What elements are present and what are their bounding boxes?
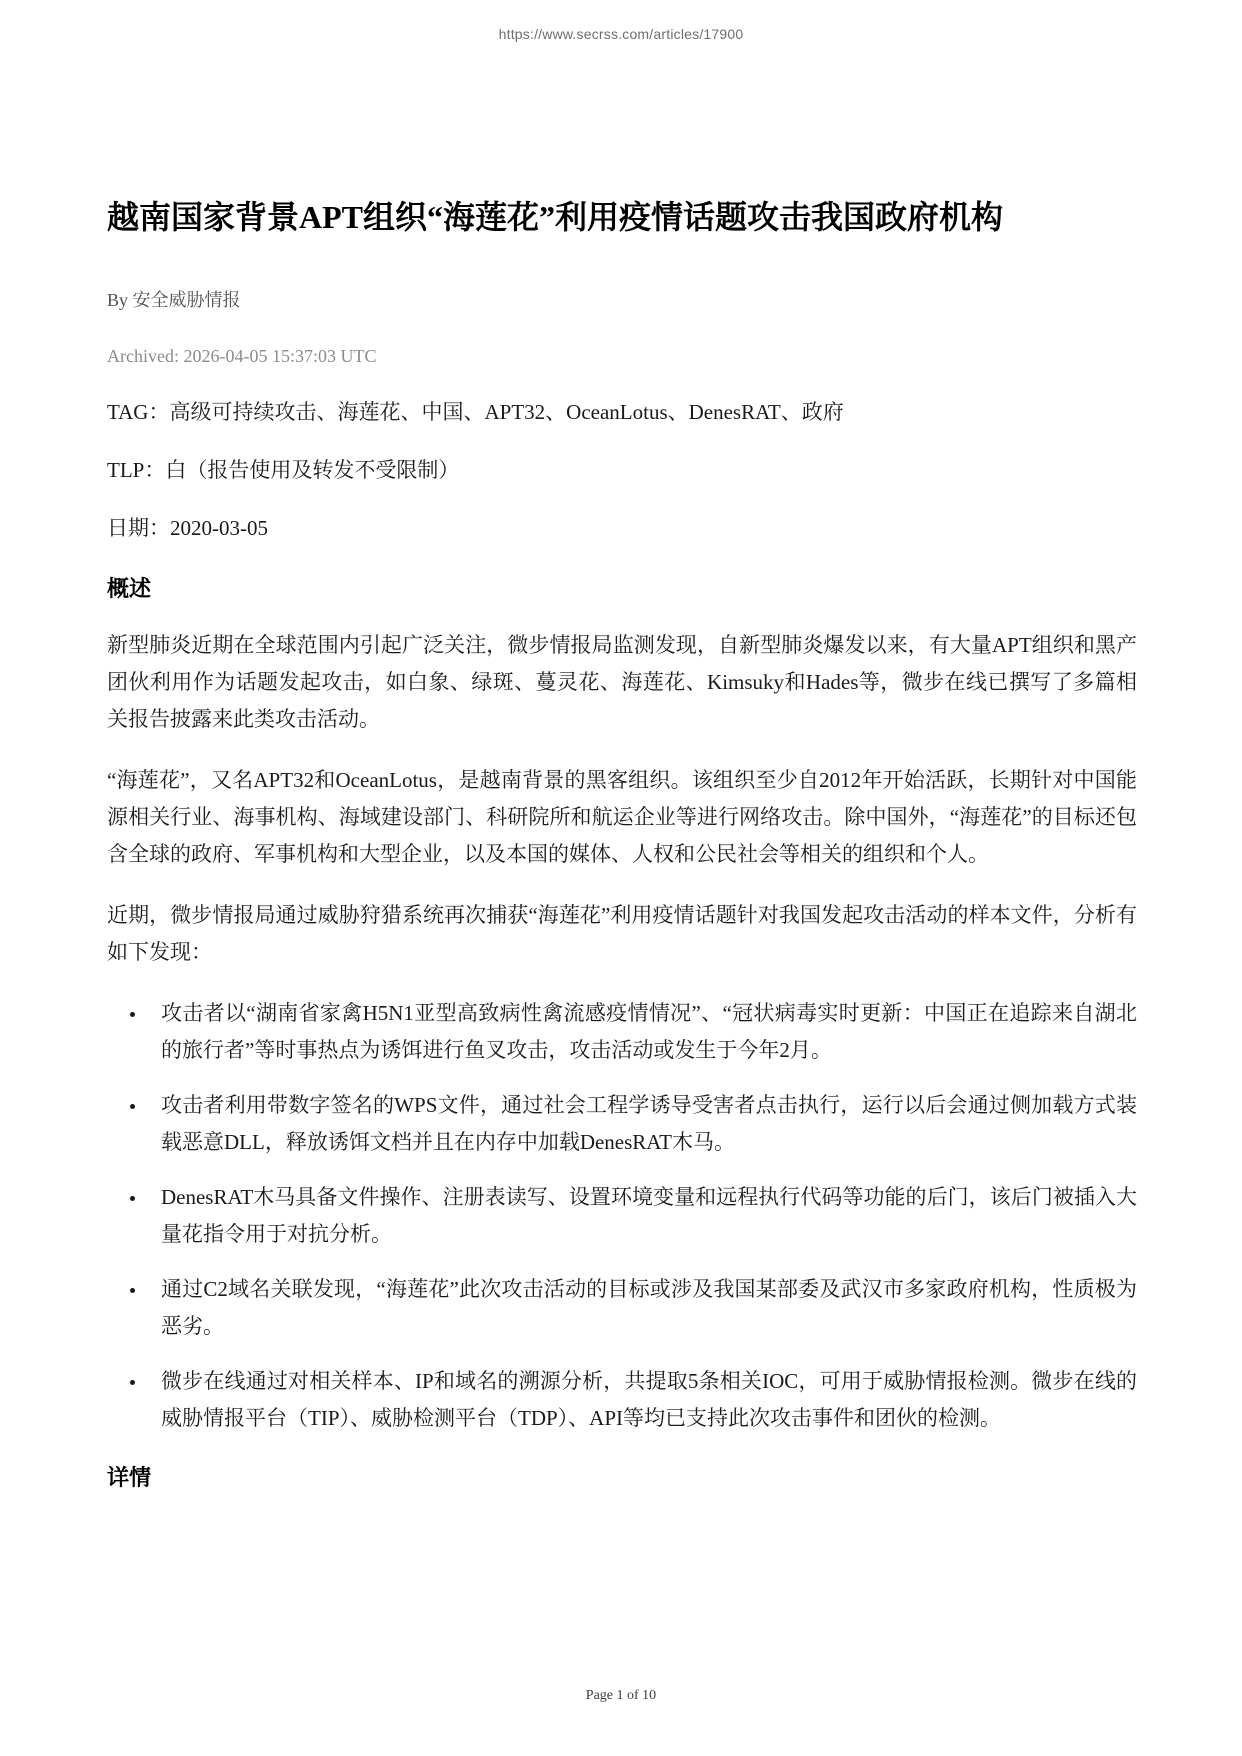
archived-timestamp: Archived: 2026-04-05 15:37:03 UTC	[107, 344, 1137, 368]
article-byline: By 安全威胁情报	[107, 288, 1137, 313]
archived-article-page: https://www.secrss.com/articles/17900 越南…	[0, 0, 1242, 1756]
finding-item-2: 攻击者利用带数字签名的WPS文件，通过社会工程学诱导受害者点击执行，运行以后会通…	[147, 1087, 1137, 1161]
article-title: 越南国家背景APT组织“海莲花”利用疫情话题攻击我国政府机构	[107, 196, 1137, 238]
overview-paragraph-3: 近期，微步情报局通过威胁狩猎系统再次捕获“海莲花”利用疫情话题针对我国发起攻击活…	[107, 897, 1137, 971]
section-heading-details: 详情	[107, 1463, 1137, 1492]
findings-list: 攻击者以“湖南省家禽H5N1亚型高致病性禽流感疫情情况”、“冠状病毒实时更新：中…	[107, 995, 1137, 1437]
overview-paragraph-1: 新型肺炎近期在全球范围内引起广泛关注，微步情报局监测发现，自新型肺炎爆发以来，有…	[107, 627, 1137, 738]
date-line: 日期：2020-03-05	[107, 514, 1137, 542]
finding-item-1: 攻击者以“湖南省家禽H5N1亚型高致病性禽流感疫情情况”、“冠状病毒实时更新：中…	[147, 995, 1137, 1069]
article-content: 越南国家背景APT组织“海莲花”利用疫情话题攻击我国政府机构 By 安全威胁情报…	[107, 0, 1137, 1510]
section-heading-overview: 概述	[107, 574, 1137, 603]
finding-item-5: 微步在线通过对相关样本、IP和域名的溯源分析，共提取5条相关IOC，可用于威胁情…	[147, 1363, 1137, 1437]
finding-item-4: 通过C2域名关联发现，“海莲花”此次攻击活动的目标或涉及我国某部委及武汉市多家政…	[147, 1271, 1137, 1345]
tlp-line: TLP：白（报告使用及转发不受限制）	[107, 456, 1137, 484]
tag-line: TAG：高级可持续攻击、海莲花、中国、APT32、OceanLotus、Dene…	[107, 398, 1137, 426]
overview-paragraph-2: “海莲花”，又名APT32和OceanLotus，是越南背景的黑客组织。该组织至…	[107, 762, 1137, 873]
page-number-footer: Page 1 of 10	[0, 1688, 1242, 1704]
finding-item-3: DenesRAT木马具备文件操作、注册表读写、设置环境变量和远程执行代码等功能的…	[147, 1179, 1137, 1253]
